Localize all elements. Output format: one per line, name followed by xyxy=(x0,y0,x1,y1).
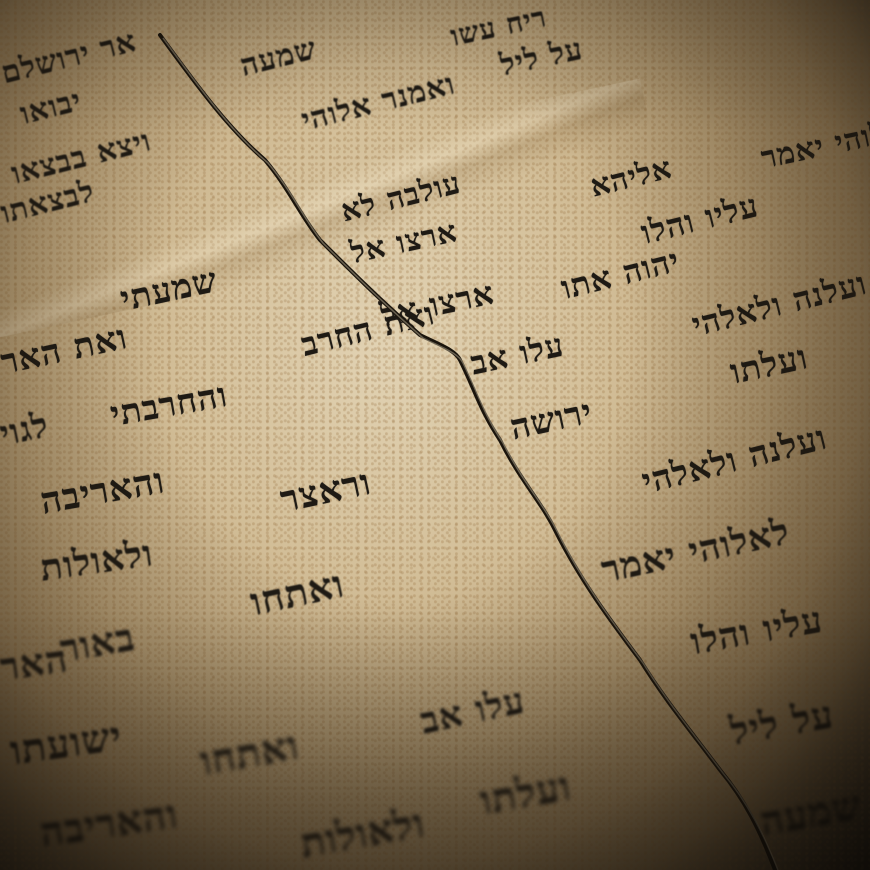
parchment-crack xyxy=(0,0,870,870)
parchment-photo: אר ירושלם יבואו ויצא בבצאו לבצאתו שמעתי … xyxy=(0,0,870,870)
